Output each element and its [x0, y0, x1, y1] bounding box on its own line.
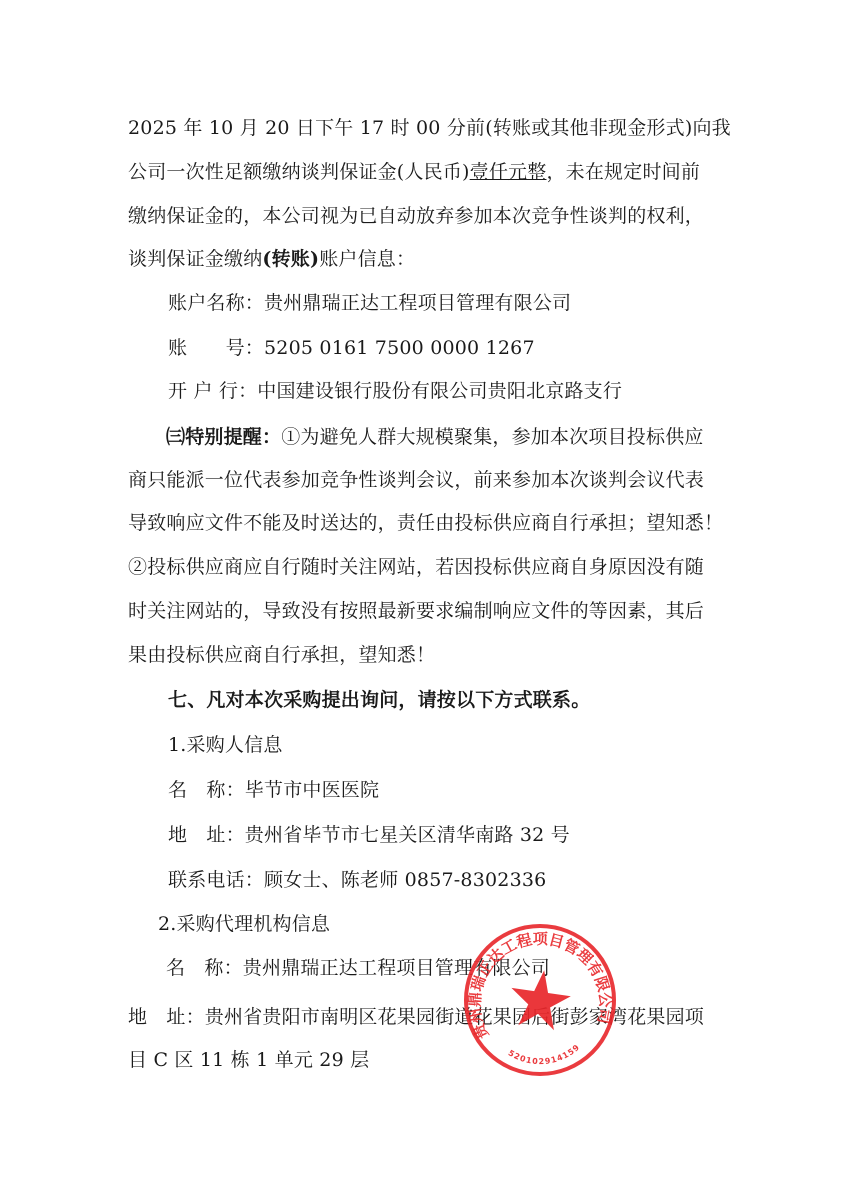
paragraph-line-4: 谈判保证金缴纳(转账)账户信息：: [128, 247, 415, 271]
deposit-amount: 壹仟元整: [470, 161, 547, 183]
section-7-heading: 七、凡对本次采购提出询问，请按以下方式联系。: [168, 688, 590, 712]
reminder-line-5: 时关注网站的，导致没有按照最新要求编制响应文件的等因素，其后: [128, 599, 704, 623]
paragraph-line-3: 缴纳保证金的，本公司视为已自动放弃参加本次竞争性谈判的权利，: [128, 204, 704, 228]
account-number-value: 5205 0161 7500 0000 1267: [264, 337, 535, 359]
paragraph-line-1: 2025 年 10 月 20 日下午 17 时 00 分前(转账或其他非现金形式…: [128, 116, 731, 140]
agency-title: 2.采购代理机构信息: [158, 912, 330, 936]
purchaser-address: 地 址：贵州省毕节市七星关区清华南路 32 号: [168, 823, 570, 847]
text: 账户信息：: [319, 248, 415, 270]
account-name-value: 贵州鼎瑞正达工程项目管理有限公司: [264, 292, 571, 314]
account-name-label: 账户名称：: [168, 292, 264, 314]
account-name-row: 账户名称：贵州鼎瑞正达工程项目管理有限公司: [168, 291, 571, 315]
account-number-label: 账 号：: [168, 337, 264, 359]
purchaser-phone: 联系电话：顾女士、陈老师 0857-8302336: [168, 868, 546, 892]
reminder-line-3: 导致响应文件不能及时送达的，责任由投标供应商自行承担；望知悉！: [128, 511, 723, 535]
reminder-line-4: ②投标供应商应自行随时关注网站，若因投标供应商自身原因没有随: [128, 555, 704, 579]
paragraph-line-2: 公司一次性足额缴纳谈判保证金(人民币)壹仟元整，未在规定时间前: [128, 160, 700, 184]
reminder-line-1: ㈢特别提醒：①为避免人群大规模聚集，参加本次项目投标供应: [166, 425, 704, 449]
company-seal-icon: 贵州鼎瑞正达工程项目管理有限公司 5201029141592: [462, 922, 618, 1078]
bank-label: 开 户 行：: [168, 380, 257, 402]
reminder-title: ㈢特别提醒：: [166, 426, 281, 448]
purchaser-name: 名 称：毕节市中医医院: [168, 778, 379, 802]
account-number-row: 账 号：5205 0161 7500 0000 1267: [168, 336, 535, 360]
purchaser-title: 1.采购人信息: [168, 733, 283, 757]
bank-row: 开 户 行：中国建设银行股份有限公司贵阳北京路支行: [168, 379, 622, 403]
text: 谈判保证金缴纳: [128, 248, 262, 270]
bank-value: 中国建设银行股份有限公司贵阳北京路支行: [257, 380, 622, 402]
text: ，未在规定时间前: [546, 161, 700, 183]
transfer-note: (转账): [262, 248, 319, 270]
text: ①为避免人群大规模聚集，参加本次项目投标供应: [281, 426, 703, 448]
agency-address-line-2: 目 C 区 11 栋 1 单元 29 层: [128, 1048, 369, 1072]
text: 公司一次性足额缴纳谈判保证金(人民币): [128, 161, 470, 183]
reminder-line-2: 商只能派一位代表参加竞争性谈判会议，前来参加本次谈判会议代表: [128, 468, 704, 492]
reminder-line-6: 果由投标供应商自行承担，望知悉！: [128, 643, 435, 667]
